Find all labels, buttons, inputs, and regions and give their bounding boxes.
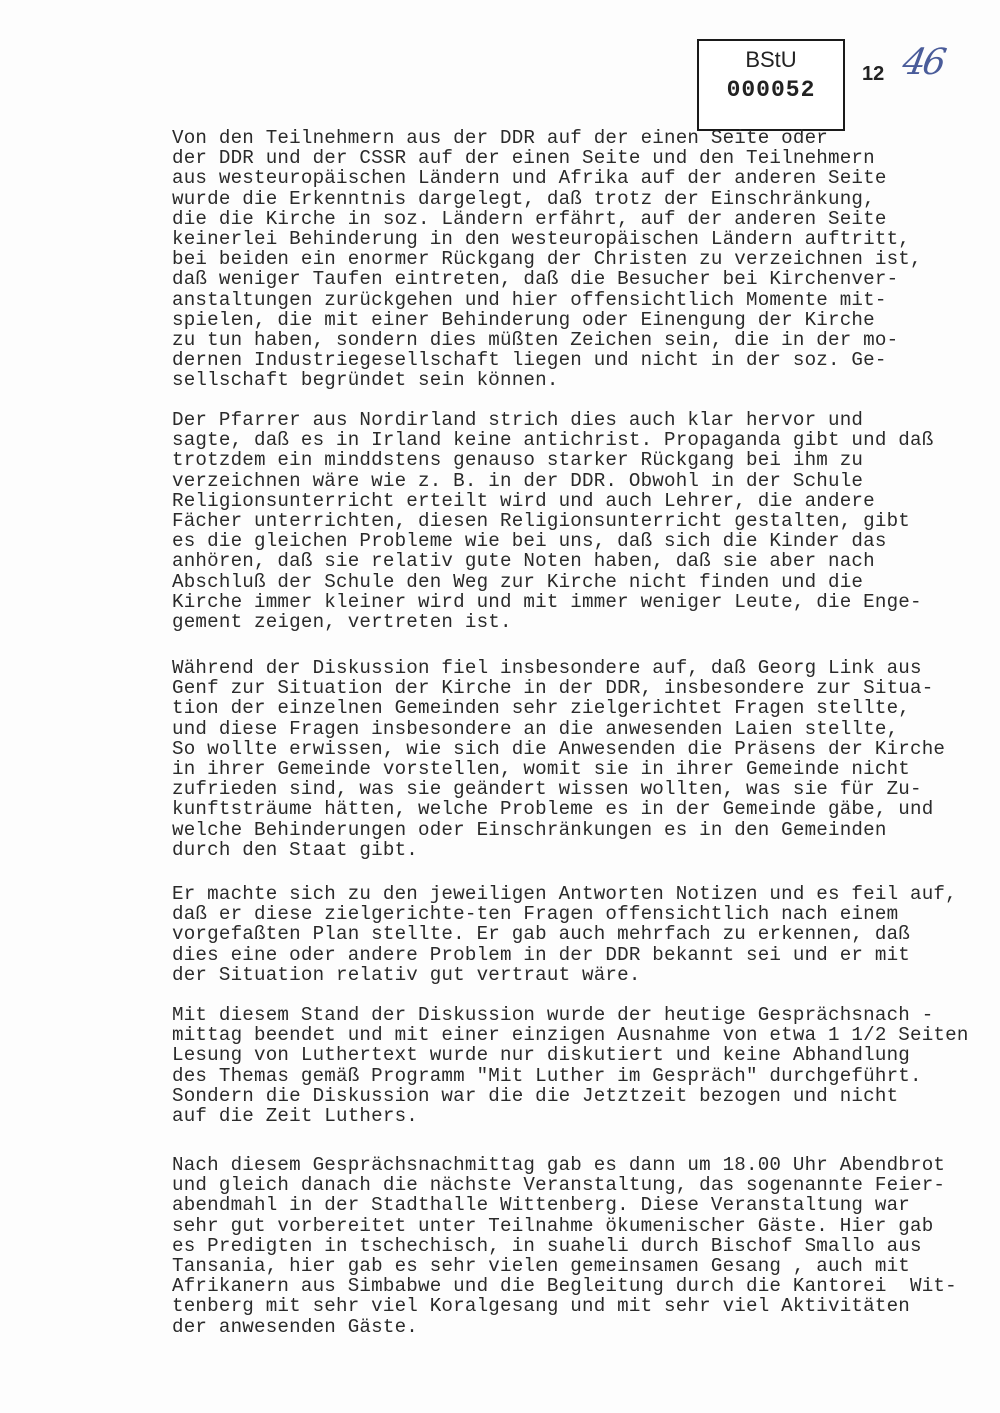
paragraph-2: Der Pfarrer aus Nordirland strich dies a…	[172, 410, 992, 632]
text-line: Lesung von Luthertext wurde nur diskutie…	[172, 1045, 992, 1065]
text-line: bei beiden ein enormer Rückgang der Chri…	[172, 249, 992, 269]
text-line: der DDR und der CSSR auf der einen Seite…	[172, 148, 992, 168]
text-line: wurde die Erkenntnis dargelegt, daß trot…	[172, 189, 992, 209]
text-line: zufrieden sind, was sie geändert wissen …	[172, 779, 992, 799]
text-line: es Predigten in tschechisch, in suaheli …	[172, 1236, 992, 1256]
text-line: dies eine oder andere Problem in der DDR…	[172, 945, 992, 965]
document-page: BStU 000052 12 46 Von den Teilnehmern au…	[0, 0, 1000, 1413]
text-line: tenberg mit sehr viel Koralgesang und mi…	[172, 1296, 992, 1316]
text-line: und diese Fragen insbesondere an die anw…	[172, 719, 992, 739]
text-line: die die Kirche in soz. Ländern erfährt, …	[172, 209, 992, 229]
text-line: Tansania, hier gab es sehr vielen gemein…	[172, 1256, 992, 1276]
text-line: trotzdem ein minddstens genauso starker …	[172, 450, 992, 470]
text-line: durch den Staat gibt.	[172, 840, 992, 860]
text-line: Afrikanern aus Simbabwe und die Begleitu…	[172, 1276, 992, 1296]
text-line: Von den Teilnehmern aus der DDR auf der …	[172, 128, 992, 148]
text-line: Religionsunterricht erteilt wird und auc…	[172, 491, 992, 511]
text-line: mittag beendet und mit einer einzigen Au…	[172, 1025, 992, 1045]
text-line: gement zeigen, vertreten ist.	[172, 612, 992, 632]
paragraph-4: Er machte sich zu den jeweiligen Antwort…	[172, 884, 992, 985]
page-number: 12	[862, 63, 884, 86]
text-line: es die gleichen Probleme wie bei uns, da…	[172, 531, 992, 551]
text-line: anstaltungen zurückgehen und hier offens…	[172, 290, 992, 310]
text-line: sellschaft begründet sein können.	[172, 370, 992, 390]
handwritten-page-number: 46	[899, 42, 946, 83]
text-line: daß er diese zielgerichte-ten Fragen off…	[172, 904, 992, 924]
text-line: anhören, daß sie relativ gute Noten habe…	[172, 551, 992, 571]
text-line: keinerlei Behinderung in den westeuropäi…	[172, 229, 992, 249]
text-line: Genf zur Situation der Kirche in der DDR…	[172, 678, 992, 698]
text-line: Nach diesem Gesprächsnachmittag gab es d…	[172, 1155, 992, 1175]
paragraph-1: Von den Teilnehmern aus der DDR auf der …	[172, 128, 992, 391]
text-line: aus westeuropäischen Ländern und Afrika …	[172, 168, 992, 188]
text-line: Der Pfarrer aus Nordirland strich dies a…	[172, 410, 992, 430]
text-line: in ihrer Gemeinde vorstellen, womit sie …	[172, 759, 992, 779]
paragraph-3: Während der Diskussion fiel insbesondere…	[172, 658, 992, 860]
stamp-org: BStU	[699, 47, 843, 73]
text-line: Mit diesem Stand der Diskussion wurde de…	[172, 1005, 992, 1025]
archive-stamp: BStU 000052	[697, 39, 845, 131]
text-line: Abschluß der Schule den Weg zur Kirche n…	[172, 572, 992, 592]
text-line: Kirche immer kleiner wird und mit immer …	[172, 592, 992, 612]
text-line: kunftsträume hätten, welche Probleme es …	[172, 799, 992, 819]
stamp-number: 000052	[699, 77, 843, 103]
text-line: daß weniger Taufen eintreten, daß die Be…	[172, 269, 992, 289]
text-line: verzeichnen wäre wie z. B. in der DDR. O…	[172, 471, 992, 491]
text-line: sehr gut vorbereitet unter Teilnahme öku…	[172, 1216, 992, 1236]
text-line: Während der Diskussion fiel insbesondere…	[172, 658, 992, 678]
text-line: vorgefaßten Plan stellte. Er gab auch me…	[172, 924, 992, 944]
text-line: So wollte erwissen, wie sich die Anwesen…	[172, 739, 992, 759]
text-line: der Situation relativ gut vertraut wäre.	[172, 965, 992, 985]
text-line: Er machte sich zu den jeweiligen Antwort…	[172, 884, 992, 904]
text-line: spielen, die mit einer Behinderung oder …	[172, 310, 992, 330]
text-line: des Themas gemäß Programm "Mit Luther im…	[172, 1066, 992, 1086]
text-line: welche Behinderungen oder Einschränkunge…	[172, 820, 992, 840]
text-line: auf die Zeit Luthers.	[172, 1106, 992, 1126]
text-line: und gleich danach die nächste Veranstalt…	[172, 1175, 992, 1195]
text-line: Fächer unterrichten, diesen Religionsunt…	[172, 511, 992, 531]
text-line: Sondern die Diskussion war die die Jetzt…	[172, 1086, 992, 1106]
text-line: dernen Industriegesellschaft liegen und …	[172, 350, 992, 370]
text-line: tion der einzelnen Gemeinden sehr zielge…	[172, 698, 992, 718]
paragraph-6: Nach diesem Gesprächsnachmittag gab es d…	[172, 1155, 992, 1337]
text-line: sagte, daß es in Irland keine antichrist…	[172, 430, 992, 450]
text-line: zu tun haben, sondern dies müßten Zeiche…	[172, 330, 992, 350]
text-line: der anwesenden Gäste.	[172, 1317, 992, 1337]
paragraph-5: Mit diesem Stand der Diskussion wurde de…	[172, 1005, 992, 1126]
text-line: abendmahl in der Stadthalle Wittenberg. …	[172, 1195, 992, 1215]
